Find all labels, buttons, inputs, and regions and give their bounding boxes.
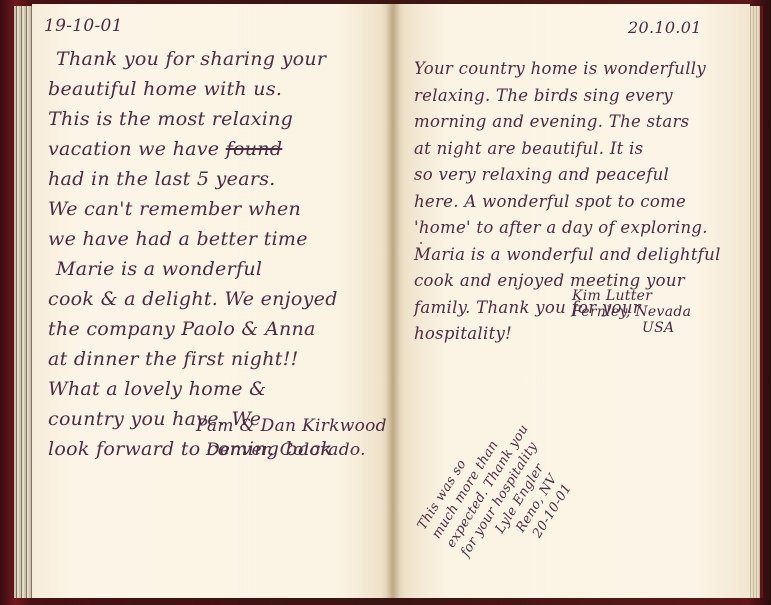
- left-page-signature: Pam & Dan Kirkwood Denver, Colorado.: [196, 414, 387, 462]
- entry-line: morning and evening. The stars: [414, 109, 721, 136]
- signature-location: Denver, Colorado.: [196, 438, 387, 462]
- entry-line: Thank you for sharing your: [48, 44, 338, 74]
- entry-line: we have had a better time: [48, 224, 338, 254]
- entry-line: This is the most relaxing: [48, 104, 338, 134]
- entry-line: vacation we have found: [48, 134, 338, 164]
- entry-line-text: vacation we have: [48, 138, 219, 160]
- entry-line: We can't remember when: [48, 194, 338, 224]
- entry-line: cook & a delight. We enjoyed: [48, 284, 338, 314]
- signature-location: Fernley, Nevada: [572, 304, 691, 320]
- signature-name: Kim Lutter: [572, 288, 691, 304]
- open-guestbook: 19-10-01 Thank you for sharing your beau…: [0, 0, 771, 605]
- entry-line: had in the last 5 years.: [48, 164, 338, 194]
- entry-line: beautiful home with us.: [48, 74, 338, 104]
- ink-dot: [420, 242, 422, 244]
- book-gutter: [386, 4, 400, 598]
- entry-line: Marie is a wonderful: [48, 254, 338, 284]
- entry-line: at dinner the first night!!: [48, 344, 338, 374]
- entry-line: so very relaxing and peaceful: [414, 162, 721, 189]
- entry-line: 'home' to after a day of exploring.: [414, 215, 721, 242]
- entry-line: Your country home is wonderfully: [414, 56, 721, 83]
- entry-line: Maria is a wonderful and delightful: [414, 242, 721, 269]
- right-page-date: 20.10.01: [628, 18, 702, 37]
- left-page-entry: Thank you for sharing your beautiful hom…: [48, 44, 338, 464]
- signature-country: USA: [572, 320, 691, 336]
- entry-line: relaxing. The birds sing every: [414, 83, 721, 110]
- left-page-date: 19-10-01: [44, 16, 123, 36]
- right-page-signature: Kim Lutter Fernley, Nevada USA: [572, 288, 691, 336]
- page-edges-right: [748, 6, 763, 598]
- signature-name: Pam & Dan Kirkwood: [196, 414, 387, 438]
- entry-line: What a lovely home &: [48, 374, 338, 404]
- entry-line: here. A wonderful spot to come: [414, 189, 721, 216]
- left-page: 19-10-01 Thank you for sharing your beau…: [32, 4, 392, 598]
- struck-word: found: [226, 138, 283, 160]
- entry-line: the company Paolo & Anna: [48, 314, 338, 344]
- right-page: 20.10.01 Your country home is wonderfull…: [392, 4, 750, 598]
- rotated-note: This was so much more than expected. Tha…: [414, 403, 590, 587]
- entry-line: at night are beautiful. It is: [414, 136, 721, 163]
